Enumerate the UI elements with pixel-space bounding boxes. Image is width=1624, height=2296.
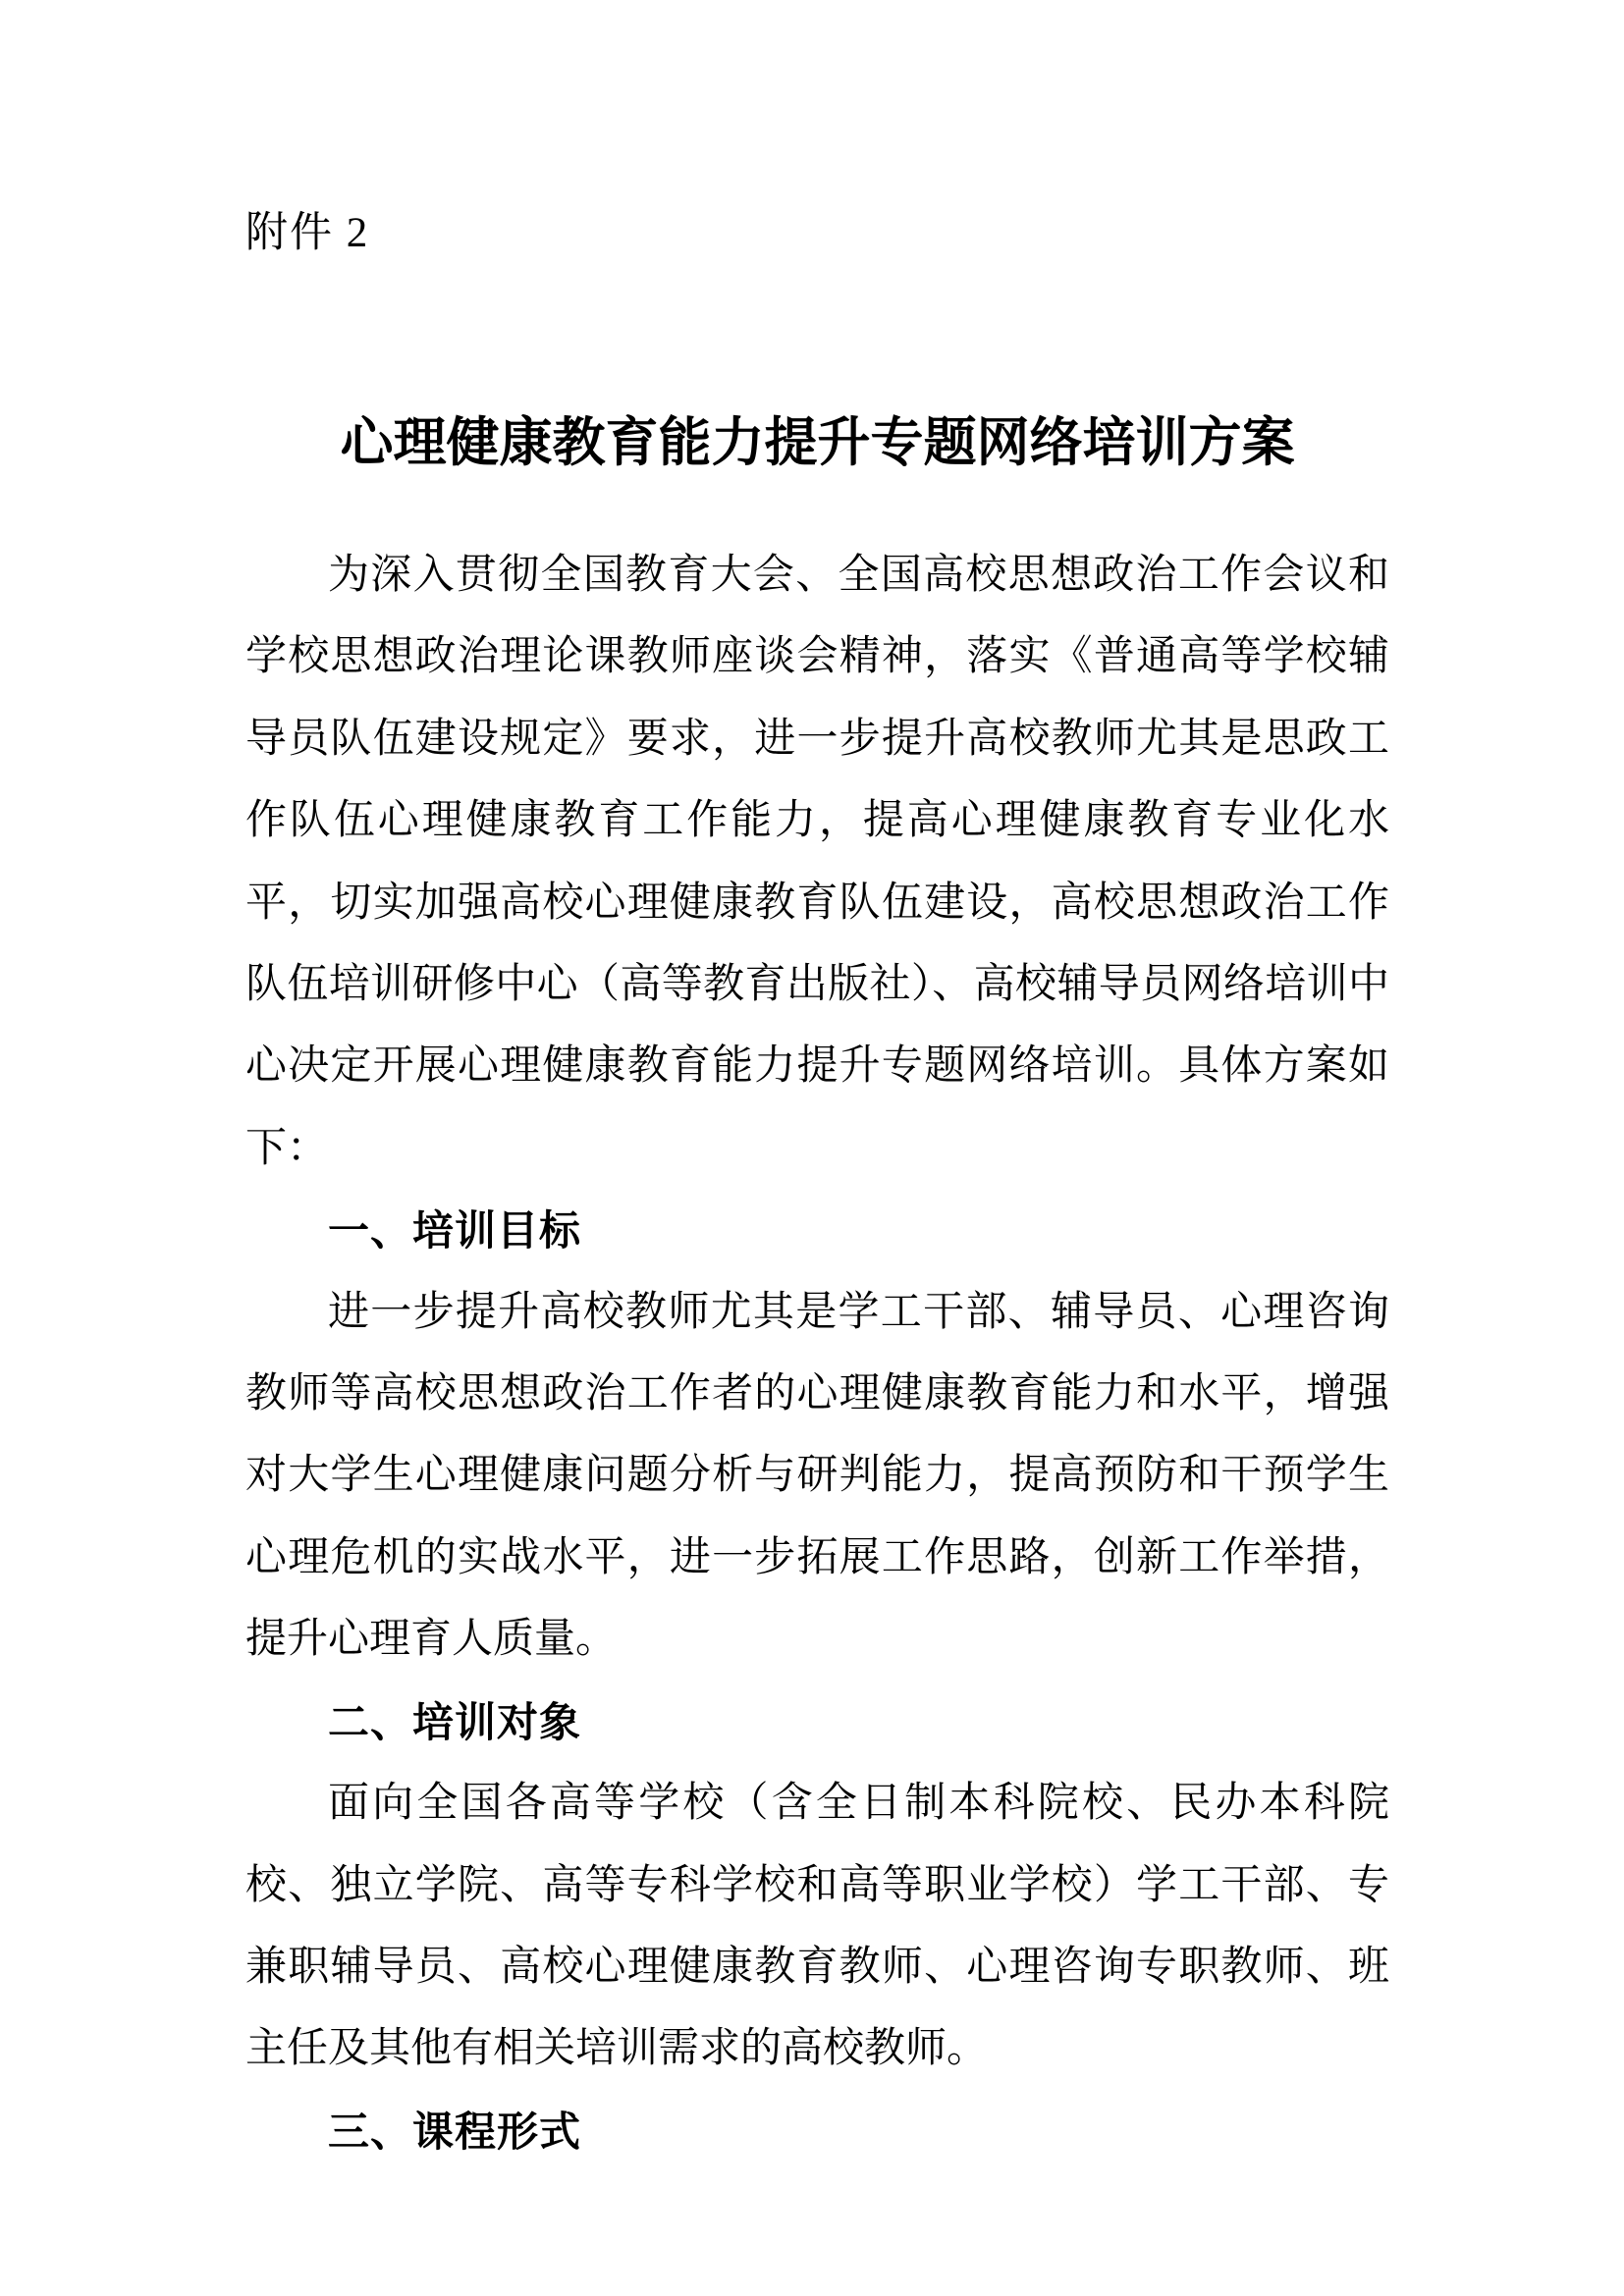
- section-heading-training-audience: 二、培训对象: [245, 1682, 1389, 1763]
- section-body-training-goals: 进一步提升高校教师尤其是学工干部、辅导员、心理咨询教师等高校思想政治工作者的心理…: [245, 1272, 1389, 1682]
- document-body: 为深入贯彻全国教育大会、全国高校思想政治工作会议和学校思想政治理论课教师座谈会精…: [245, 535, 1389, 2172]
- intro-paragraph: 为深入贯彻全国教育大会、全国高校思想政治工作会议和学校思想政治理论课教师座谈会精…: [245, 535, 1389, 1190]
- attachment-label: 附件 2: [245, 209, 369, 258]
- section-heading-training-goals: 一、培训目标: [245, 1190, 1389, 1271]
- section-heading-course-format: 三、课程形式: [245, 2091, 1389, 2172]
- scanned-document-page: 附件 2 心理健康教育能力提升专题网络培训方案 为深入贯彻全国教育大会、全国高校…: [0, 0, 1624, 2296]
- page-title: 心理健康教育能力提升专题网络培训方案: [245, 413, 1389, 472]
- section-body-training-audience: 面向全国各高等学校（含全日制本科院校、民办本科院校、独立学院、高等专科学校和高等…: [245, 1763, 1389, 2091]
